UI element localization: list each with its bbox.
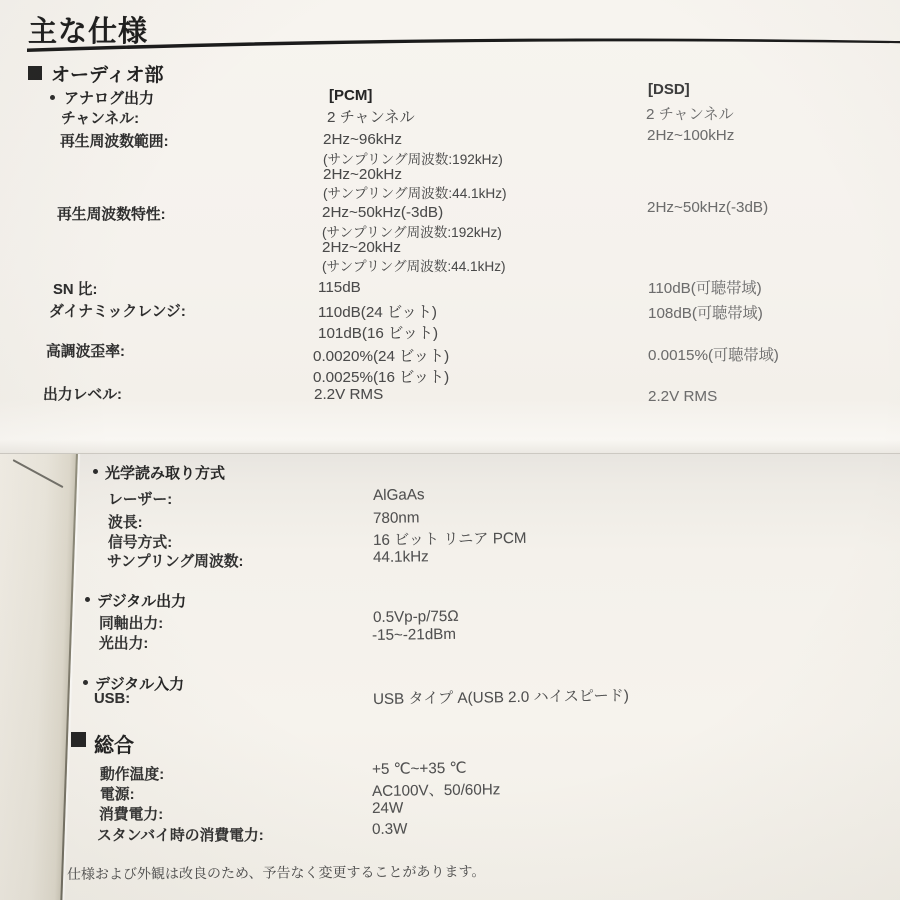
digital-input-bullet-icon (83, 680, 88, 685)
spec-label: 再生周波数範囲: (60, 130, 169, 151)
spec-label: 動作温度: (100, 763, 164, 784)
spec-value-pcm: 2Hz~50kHz(-3dB) (322, 204, 443, 221)
spec-value-pcm: (サンプリング周波数:192kHz) (323, 148, 503, 168)
spec-value: 0.3W (372, 821, 408, 838)
column-header-dsd: [DSD] (648, 81, 690, 98)
disclaimer-note: 仕様および外観は改良のため、予告なく変更することがあります。 (67, 861, 485, 884)
spec-value-dsd: 110dB(可聴帯域) (648, 277, 762, 298)
spec-label: 出力レベル: (43, 383, 122, 404)
spec-label: SN 比: (53, 278, 97, 299)
spec-label: 同軸出力: (99, 612, 163, 633)
spec-value-pcm: 2 チャンネル (327, 106, 415, 127)
spec-value-pcm: (サンプリング周波数:44.1kHz) (323, 182, 507, 202)
spec-value-dsd: 2Hz~100kHz (647, 127, 734, 144)
spec-value-dsd: 2 チャンネル (646, 103, 734, 124)
spec-value-pcm: 101dB(16 ビット) (318, 322, 438, 343)
title-underline (0, 0, 900, 60)
spec-value-pcm: 2.2V RMS (314, 386, 383, 403)
spec-value: 44.1kHz (373, 548, 429, 566)
digital-output-bullet-icon (85, 597, 90, 602)
digital-output-heading: デジタル出力 (97, 590, 186, 611)
spec-label: 再生周波数特性: (57, 203, 166, 224)
spec-value-pcm: 2Hz~20kHz (322, 239, 401, 256)
column-header-pcm: [PCM] (329, 87, 372, 104)
spec-sheet-page: 主な仕様 オーディオ部 アナログ出力 [PCM] [DSD] チャンネル: 2 … (0, 0, 900, 900)
analog-output-heading: アナログ出力 (64, 87, 154, 108)
spec-value: AC100V、50/60Hz (372, 778, 501, 801)
general-section-square-icon (71, 732, 86, 747)
general-section-heading: 総合 (94, 729, 134, 758)
spec-value: 780nm (373, 509, 420, 527)
page-edge-shading (0, 454, 78, 900)
audio-section-square-icon (28, 66, 42, 80)
spec-label: 光出力: (99, 632, 148, 653)
spec-value-pcm: 115dB (318, 279, 361, 296)
spec-value-pcm: 2Hz~20kHz (323, 166, 402, 183)
spec-value-pcm: 0.0020%(24 ビット) (313, 345, 449, 366)
spec-label: ダイナミックレンジ: (49, 300, 186, 321)
spec-label: 電源: (100, 783, 135, 804)
spec-value: 0.5Vp-p/75Ω (373, 608, 459, 626)
spec-label: 高調波歪率: (46, 340, 125, 361)
spec-value-dsd: 0.0015%(可聴帯域) (648, 344, 779, 365)
spec-value: +5 ℃~+35 ℃ (372, 759, 467, 778)
spec-value-pcm: (サンプリング周波数:44.1kHz) (322, 255, 506, 275)
spec-label: 波長: (108, 511, 143, 532)
audio-section-heading: オーディオ部 (51, 60, 163, 87)
analog-output-bullet-icon (50, 95, 55, 100)
spec-value-dsd: 108dB(可聴帯域) (648, 302, 763, 323)
spec-value-dsd: 2Hz~50kHz(-3dB) (647, 199, 768, 216)
spec-value-pcm: (サンプリング周波数:192kHz) (322, 221, 502, 241)
spec-label: 消費電力: (99, 803, 163, 824)
spec-value: -15~-21dBm (372, 626, 456, 644)
optical-heading: 光学読み取り方式 (105, 462, 225, 483)
spec-value: 24W (372, 800, 403, 817)
spec-label: スタンバイ時の消費電力: (97, 824, 264, 845)
general-spec-photo: 光学読み取り方式 レーザー: AlGaAs 波長: 780nm 信号方式: 16… (0, 454, 900, 900)
spec-value: USB タイプ A(USB 2.0 ハイスピード) (373, 684, 629, 709)
spec-label: サンプリング周波数: (107, 550, 243, 571)
spec-value-pcm: 110dB(24 ビット) (318, 301, 437, 322)
spec-value: AlGaAs (373, 486, 425, 504)
audio-spec-photo: 主な仕様 オーディオ部 アナログ出力 [PCM] [DSD] チャンネル: 2 … (0, 0, 900, 454)
spec-value-dsd: 2.2V RMS (648, 388, 717, 405)
spec-value-pcm: 0.0025%(16 ビット) (313, 366, 449, 387)
spec-value: 16 ビット リニア PCM (373, 527, 527, 550)
optical-bullet-icon (93, 469, 98, 474)
spec-label: チャンネル: (61, 107, 139, 128)
spec-label: USB: (94, 691, 130, 707)
spec-label: レーザー: (108, 488, 172, 509)
spec-value-pcm: 2Hz~96kHz (323, 131, 402, 148)
spec-label: 信号方式: (108, 531, 172, 552)
